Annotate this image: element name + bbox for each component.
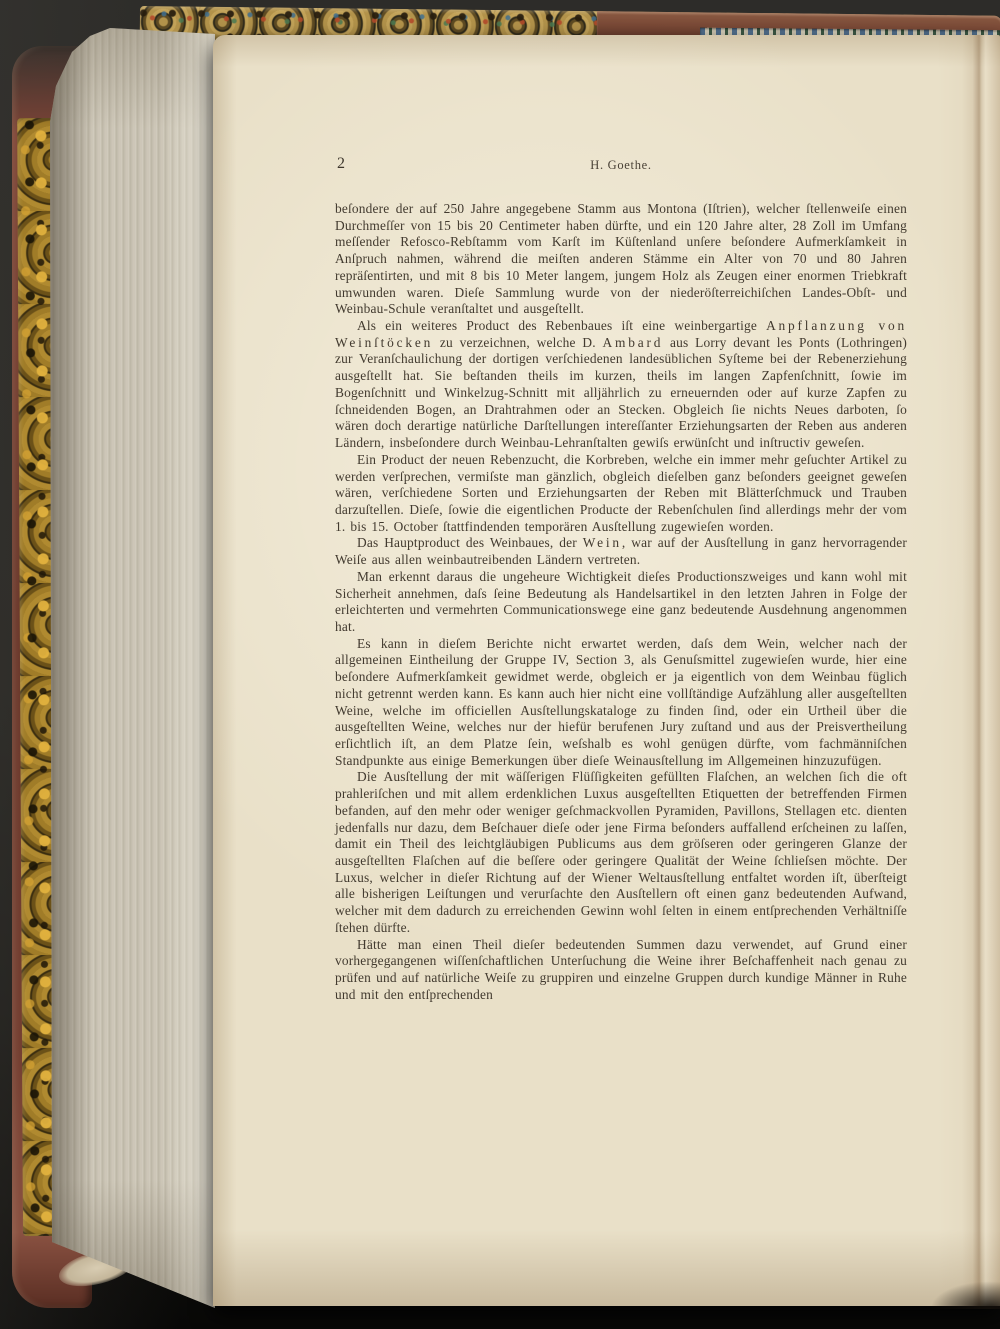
body-text: Ein Product der neuen Rebenzucht, die Ko… xyxy=(335,452,907,534)
paragraph: Man erkennt daraus die ungeheure Wichtig… xyxy=(335,569,907,636)
body-text: zu verzeichnen, welche D. xyxy=(433,335,602,350)
page-number: 2 xyxy=(337,155,345,173)
body-text: Hätte man einen Theil dieſer bedeutenden… xyxy=(335,937,907,1002)
gutter-shadow xyxy=(962,35,1000,1306)
page-header: 2 H. Goethe. xyxy=(335,155,907,201)
paragraph: Das Hauptproduct des Weinbaues, der Wein… xyxy=(335,535,907,568)
book-page: 2 H. Goethe. beſondere der auf 250 Jahre… xyxy=(213,35,1000,1306)
body-text: Die Ausſtellung der mit wäſſerigen Flüſſ… xyxy=(335,769,907,934)
corner-shadow xyxy=(930,1281,1000,1309)
book-photo: 2 H. Goethe. beſondere der auf 250 Jahre… xyxy=(0,0,1000,1329)
paragraph: Hätte man einen Theil dieſer bedeutenden… xyxy=(335,937,907,1004)
body-text: Man erkennt daraus die ungeheure Wichtig… xyxy=(335,569,907,634)
running-header: H. Goethe. xyxy=(335,155,907,173)
body-text: Als ein weiteres Product des Rebenbaues … xyxy=(357,318,766,333)
body-text: Das Hauptproduct des Weinbaues, der xyxy=(357,535,583,550)
text-block: 2 H. Goethe. beſondere der auf 250 Jahre… xyxy=(335,155,907,1004)
body-text: Es kann in dieſem Berichte nicht erwarte… xyxy=(335,636,907,768)
emphasized-spaced-text: Ambard xyxy=(603,335,664,350)
paragraph: Als ein weiteres Product des Rebenbaues … xyxy=(335,318,907,452)
page-text: beſondere der auf 250 Jahre angegebene S… xyxy=(335,201,907,1004)
paragraph: Es kann in dieſem Berichte nicht erwarte… xyxy=(335,636,907,770)
emphasized-spaced-text: Wein xyxy=(583,535,622,550)
paragraph: Die Ausſtellung der mit wäſſerigen Flüſſ… xyxy=(335,769,907,936)
paragraph: beſondere der auf 250 Jahre angegebene S… xyxy=(335,201,907,318)
paragraph: Ein Product der neuen Rebenzucht, die Ko… xyxy=(335,452,907,536)
body-text: aus Lorry devant les Ponts (Lothringen) … xyxy=(335,335,907,450)
body-text: beſondere der auf 250 Jahre angegebene S… xyxy=(335,201,907,316)
page-edge-stack xyxy=(50,26,215,1308)
